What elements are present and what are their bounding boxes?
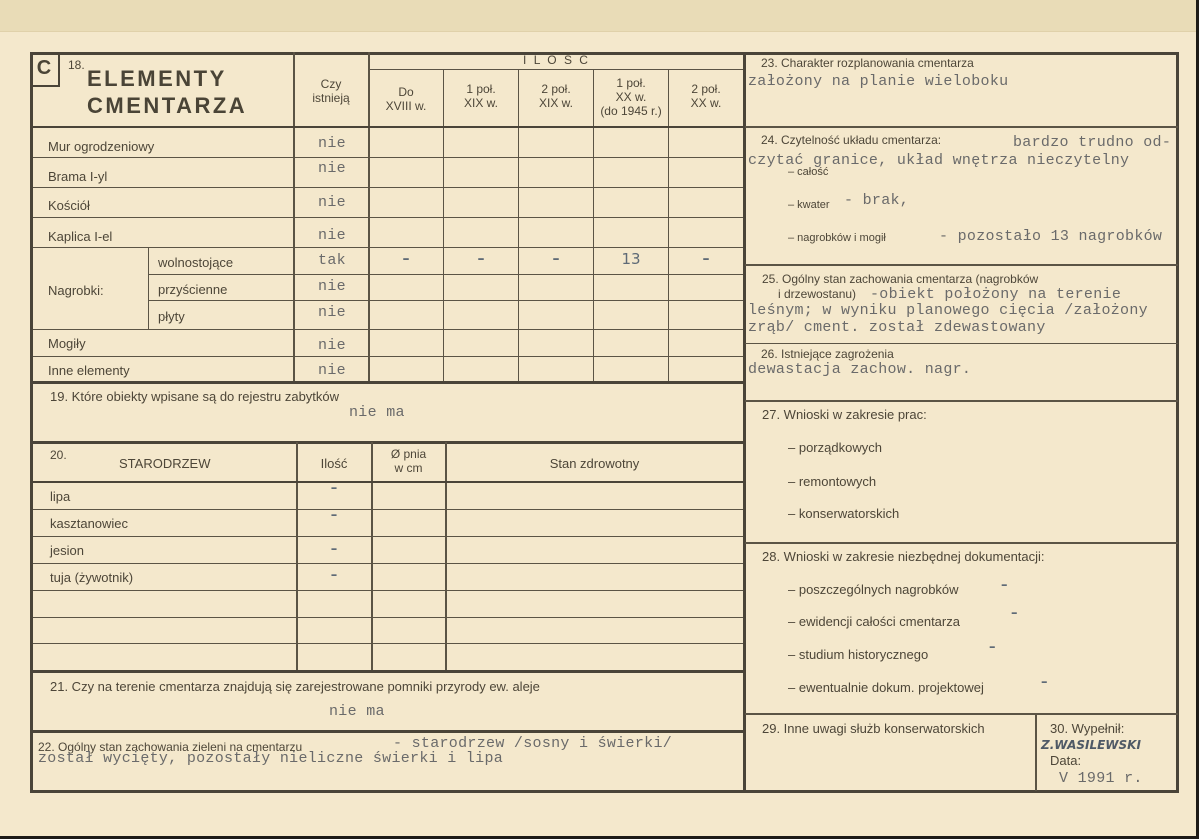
cemetery-record-card: C 18. ELEMENTY CMENTARZA Czy istnieją I … <box>0 0 1196 836</box>
period-header-2-l2: XIX w. <box>444 96 518 110</box>
tree-qty-jesion: – <box>297 542 371 557</box>
section-28-item-projektowej: – ewentualnie dokum. projektowej <box>788 680 984 695</box>
section-19-label: 19. Które obiekty wpisane są do rejestru… <box>50 389 339 404</box>
s18-row-line <box>33 356 743 357</box>
section-30-date-label: Data: <box>1050 753 1081 768</box>
s26-bottom-line <box>745 400 1178 402</box>
quantity-header: I L O Ś Ć <box>370 53 743 67</box>
col-header-exists-line2: istnieją <box>295 91 367 105</box>
row-label-przyscienne: przyścienne <box>158 282 227 297</box>
section-25-label-line1: 25. Ogólny stan zachowania cmentarza (na… <box>762 272 1038 286</box>
s24-bottom-line <box>745 264 1178 266</box>
s18-period-divider-2 <box>518 69 519 382</box>
section-24-label: 24. Czytelność układu cmentarza: <box>761 133 941 147</box>
section-18-title-line1: ELEMENTY <box>87 66 227 92</box>
s27-bottom-line <box>745 542 1178 544</box>
s18-row-line <box>33 187 743 188</box>
col-header-exists-line1: Czy <box>295 77 367 91</box>
tree-species-kasztanowiec: kasztanowiec <box>50 516 128 531</box>
s18-row-line <box>33 247 743 248</box>
s18-bottom-line <box>30 381 745 384</box>
period-header-1: Do XVIII w. <box>369 85 443 113</box>
s18-period-divider-4 <box>668 69 669 382</box>
section-23-label: 23. Charakter rozplanowania cmentarza <box>761 56 974 70</box>
section-24-kwater-value: - brak, <box>844 192 909 209</box>
row-label-kosciol: Kościół <box>48 198 90 213</box>
s21-bottom-line <box>30 730 745 733</box>
section-24-sub-kwater: – kwater <box>788 199 830 211</box>
row-label-wolnostojace: wolnostojące <box>158 255 233 270</box>
s18-row-line <box>148 274 743 275</box>
section-18-title-line2: CMENTARZA <box>87 93 247 119</box>
nagrobki-subdivider <box>148 247 149 329</box>
frame-center-divider <box>743 52 746 793</box>
period-header-2: 1 poł. XIX w. <box>444 82 518 110</box>
section-letter-badge: C <box>30 52 60 87</box>
section-20-number: 20. <box>50 448 67 462</box>
s28-bottom-line <box>745 713 1178 715</box>
tree-qty-tuja: – <box>297 568 371 583</box>
frame-right-line <box>1176 52 1179 792</box>
s20-col-divider-health <box>445 442 447 670</box>
tree-species-lipa: lipa <box>50 489 70 504</box>
qty-wolnostojace-p3: – <box>519 251 593 267</box>
s19-bottom-line <box>30 441 745 444</box>
section-28-item-ewidencji: – ewidencji całości cmentarza <box>788 614 960 629</box>
s20-col-header-diameter-l2: w cm <box>372 461 445 475</box>
s29-s30-divider <box>1035 714 1037 791</box>
s20-row-line <box>33 509 743 510</box>
card-top-strip <box>0 0 1196 32</box>
frame-bottom-line <box>30 790 1179 793</box>
s20-header-bottom-line <box>33 481 745 483</box>
section-28-value-studium: – <box>989 640 996 655</box>
section-28-item-nagrobkow: – poszczególnych nagrobków <box>788 582 959 597</box>
section-19-value: nie ma <box>349 404 405 421</box>
tree-qty-kasztanowiec: – <box>297 508 371 523</box>
exists-value-mur: nie <box>296 135 368 152</box>
section-25-value-line1: -obiekt położony na terenie <box>870 286 1121 303</box>
row-label-mogily: Mogiły <box>48 336 86 351</box>
section-27-item-porzadkowych: – porządkowych <box>788 440 882 455</box>
section-28-label: 28. Wnioski w zakresie niezbędnej dokume… <box>762 549 1045 564</box>
col-header-exists: Czy istnieją <box>295 77 367 105</box>
s25-bottom-line <box>745 343 1178 344</box>
s23-bottom-line <box>745 126 1178 128</box>
section-25-label-line2: i drzewostanu) <box>778 287 856 301</box>
section-28-item-studium: – studium historycznego <box>788 647 928 662</box>
section-28-value-ewidencji: – <box>1011 606 1018 621</box>
section-30-filled-by: Z.WASILEWSKI <box>1041 738 1141 752</box>
s18-header-bottom-line <box>30 126 745 128</box>
exists-value-mogily: nie <box>296 337 368 354</box>
row-label-plyty: płyty <box>158 309 185 324</box>
s20-row-line <box>33 643 743 644</box>
section-21-value: nie ma <box>329 703 385 720</box>
row-label-nagrobki: Nagrobki: <box>48 283 104 298</box>
s18-row-line <box>33 217 743 218</box>
s20-row-line <box>33 536 743 537</box>
qty-wolnostojace-p1: – <box>369 251 443 267</box>
period-header-3: 2 poł. XIX w. <box>519 82 593 110</box>
period-header-2-l1: 1 poł. <box>444 82 518 96</box>
s20-col-header-qty: Ilość <box>297 456 371 471</box>
section-25-value-line2: leśnym; w wyniku planowego cięcia /założ… <box>748 302 1148 319</box>
section-24-sub-nagrobkow: – nagrobków i mogił <box>788 232 886 244</box>
section-18-number: 18. <box>68 58 85 72</box>
period-header-4-l2: XX w. <box>594 90 668 104</box>
s20-col-header-diameter-l1: Ø pnia <box>372 447 445 461</box>
section-28-value-nagrobkow: – <box>1001 578 1008 593</box>
s18-row-line <box>33 157 743 158</box>
exists-value-kosciol: nie <box>296 194 368 211</box>
section-27-label: 27. Wnioski w zakresie prac: <box>762 407 927 422</box>
section-27-item-remontowych: – remontowych <box>788 474 876 489</box>
s18-period-divider-1 <box>443 69 444 382</box>
s20-col-header-health: Stan zdrowotny <box>446 456 743 471</box>
period-header-5: 2 poł. XX w. <box>669 82 743 110</box>
row-label-kaplica: Kaplica I-el <box>48 229 112 244</box>
section-24-sub-calosc: – całość <box>788 166 828 178</box>
exists-value-brama: nie <box>296 160 368 177</box>
section-30-label: 30. Wypełnił: <box>1050 721 1124 736</box>
section-24-nagrobkow-value: - pozostało 13 nagrobków <box>939 228 1162 245</box>
exists-value-plyty: nie <box>296 304 368 321</box>
section-23-value: założony na planie wieloboku <box>748 73 1008 90</box>
period-header-4-l1: 1 poł. <box>594 76 668 90</box>
period-header-5-l1: 2 poł. <box>669 82 743 96</box>
s18-row-line <box>33 329 743 330</box>
period-header-1-l2: XVIII w. <box>369 99 443 113</box>
exists-value-inne: nie <box>296 362 368 379</box>
s20-col-divider-diam <box>371 442 373 670</box>
section-28-value-projektowej: – <box>1041 675 1048 690</box>
section-21-label: 21. Czy na terenie cmentarza znajdują si… <box>50 679 540 694</box>
row-label-mur: Mur ogrodzeniowy <box>48 139 154 154</box>
s20-col-header-diameter: Ø pnia w cm <box>372 447 445 475</box>
period-header-4: 1 poł. XX w. (do 1945 r.) <box>594 76 668 118</box>
qty-wolnostojace-p2: – <box>444 251 518 267</box>
s18-row-line <box>148 300 743 301</box>
qty-wolnostojace-p5: – <box>669 251 743 267</box>
section-20-title: STARODRZEW <box>119 456 210 471</box>
section-29-label: 29. Inne uwagi służb konserwatorskich <box>762 721 985 736</box>
s20-row-line <box>33 617 743 618</box>
period-header-1-l1: Do <box>369 85 443 99</box>
frame-left-line <box>30 52 33 793</box>
exists-value-wolnostojace: tak <box>296 252 368 269</box>
section-24-value-line1: bardzo trudno od- <box>1013 134 1171 151</box>
period-header-4-l3: (do 1945 r.) <box>594 104 668 118</box>
s20-row-line <box>33 590 743 591</box>
section-27-item-konserwatorskich: – konserwatorskich <box>788 506 899 521</box>
s20-bottom-line <box>30 670 745 673</box>
exists-value-kaplica: nie <box>296 227 368 244</box>
period-header-3-l1: 2 poł. <box>519 82 593 96</box>
row-label-brama: Brama I-yl <box>48 169 107 184</box>
row-label-inne: Inne elementy <box>48 363 130 378</box>
section-25-value-line3: zrąb/ cment. został zdewastowany <box>748 319 1046 336</box>
section-26-value: dewastacja zachow. nagr. <box>748 361 971 378</box>
tree-qty-lipa: – <box>297 481 371 496</box>
quantity-header-underline <box>370 69 743 70</box>
period-header-3-l2: XIX w. <box>519 96 593 110</box>
qty-wolnostojace-p4: 13 <box>594 250 668 268</box>
section-26-label: 26. Istniejące zagrożenia <box>761 347 894 361</box>
period-header-5-l2: XX w. <box>669 96 743 110</box>
exists-value-przyscienne: nie <box>296 278 368 295</box>
section-22-value-line2: został wycięty, pozostały nieliczne świe… <box>38 750 503 767</box>
tree-species-jesion: jesion <box>50 543 84 558</box>
section-30-date-value: V 1991 r. <box>1059 770 1143 787</box>
tree-species-tuja: tuja (żywotnik) <box>50 570 133 585</box>
s20-row-line <box>33 563 743 564</box>
